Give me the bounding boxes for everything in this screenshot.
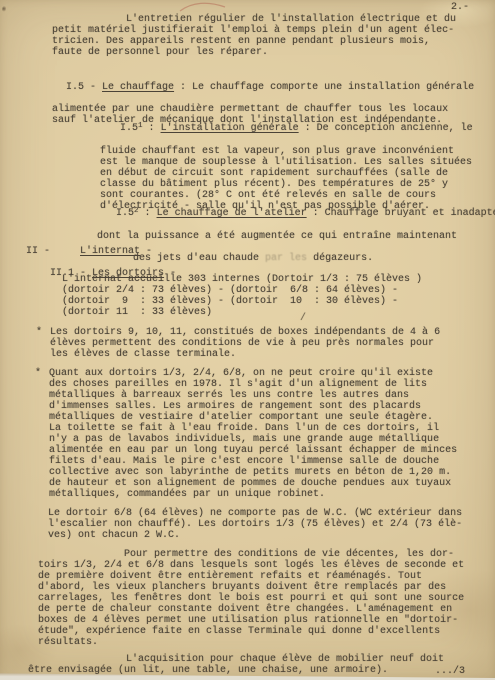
text-line: (dortoir 2/4 : 73 élèves) - (dortoir 6/8…: [62, 285, 422, 296]
text-line: d'abord, les vieux planchers bruyants do…: [38, 582, 464, 593]
wc-paragraph: Le dortoir 6/8 (64 élèves) ne comporte p…: [48, 508, 462, 541]
stray-mark-artifact: /: [300, 313, 306, 324]
bullet-paragraph-dortoirs-1-3: * Quant aux dortoirs 1/3, 2/4, 6/8, on n…: [49, 368, 457, 500]
section-text: : Le chauffage comporte une installation…: [174, 82, 474, 93]
text-line: est le manque de souplesse à l'utilisati…: [100, 157, 473, 168]
text-line: n'y a pas de lavabos individuels, mais u…: [49, 434, 457, 445]
text-line: La toilette se fait à l'eau froide. Dans…: [49, 423, 457, 434]
text-line: Les dortoirs 9, 10, 11, constitués de bo…: [50, 327, 440, 338]
text-line: Quant aux dortoirs 1/3, 2/4, 6/8, on ne …: [49, 368, 457, 379]
text-line: fluide chauffant est la vapeur, son plus…: [100, 146, 473, 157]
text-line: des choses pareilles en 1978. Il s'agit …: [49, 379, 457, 390]
text-line: d'immenses salles. Les armoires de range…: [49, 401, 457, 412]
text-line: Pour permettre des conditions de vie déc…: [38, 549, 464, 560]
text-line: toirs 1/3, 2/4 et 6/8 dans lesquels sont…: [38, 560, 464, 571]
subsection-body: dont la puissance a été augmentée ce qui…: [97, 231, 495, 242]
text-line: l'escalier non chauffé). Les dortoirs 1/…: [48, 519, 462, 530]
ink-spot-artifact: [2, 6, 6, 12]
text-line: L'acquisition pour chaque élève de mobil…: [28, 654, 444, 665]
text-line: en début de circuit sont rapidement surc…: [100, 168, 473, 179]
subsection-label: I.5: [120, 123, 138, 134]
bullet-body: Les dortoirs 9, 10, 11, constitués de bo…: [50, 327, 440, 360]
text-segment: dégazeurs.: [313, 253, 373, 264]
subsection-label: I.5: [116, 208, 134, 219]
text-line: de hauteur et son alignement de pommes d…: [49, 478, 457, 489]
red-pen-mark-artifact: [178, 0, 230, 13]
subsection-separator: :: [139, 208, 157, 219]
text-line: faute de personnel pour les réparer.: [52, 47, 456, 58]
text-line: petit matériel justifierait l'emploi à t…: [52, 25, 456, 36]
asterisk-marker: *: [36, 327, 42, 338]
text-line: Le dortoir 6/8 (64 élèves) ne comporte p…: [48, 508, 462, 519]
text-line: dont la puissance a été augmentée ce qui…: [97, 231, 495, 242]
asterisk-marker: *: [35, 368, 41, 379]
subsection-superscript: 2: [134, 207, 139, 215]
section-title: L'internat: [80, 246, 140, 257]
text-line: collective avec son labyrinthe de petits…: [49, 467, 457, 478]
text-line: boxes de 4 élèves permet une utilisation…: [38, 615, 464, 626]
document-page: 2.- L'entretien régulier de l'installati…: [0, 0, 495, 680]
text-line: (dortoir 9 : 33 élèves) - (dortoir 10 : …: [62, 296, 422, 307]
bullet-body: Quant aux dortoirs 1/3, 2/4, 6/8, on ne …: [49, 368, 457, 500]
subsection-text: : Chauffage bruyant et inadapté: [307, 208, 495, 219]
text-line: (dortoir 11 : 33 élèves): [62, 307, 422, 318]
subsection-separator: :: [143, 123, 161, 134]
text-line: L'entretien régulier de l'installation é…: [52, 14, 456, 25]
text-line: métalliques de vestiaire d'atelier compo…: [49, 412, 457, 423]
text-line: filets d'eau. Mais le pire c'est encore …: [49, 456, 457, 467]
bullet-paragraph-dortoirs-9-10-11: * Les dortoirs 9, 10, 11, constitués de …: [50, 327, 440, 360]
text-line: être envisagée (un lit, une table, une c…: [28, 665, 444, 676]
subsection-superscript: 1: [138, 122, 143, 130]
text-line: de perte de chaleur constante doivent êt…: [38, 604, 464, 615]
subsection-text: : De conception ancienne, le: [299, 123, 473, 134]
section-chauffage-first-line: I.5 - Le chauffage : Le chauffage compor…: [30, 71, 474, 104]
text-line: étude", expérience faite en classe Termi…: [38, 626, 464, 637]
dormitory-statistics: L'internat accueille 303 internes (Dorto…: [62, 274, 422, 318]
text-line: résultats.: [38, 637, 464, 648]
text-line: L'internat accueille 303 internes (Dorto…: [62, 274, 422, 285]
section-label: I.5 -: [66, 82, 102, 93]
text-line: ves) ont chacun 2 W.C.: [48, 530, 462, 541]
text-line: tricien. Des appareils restent en panne …: [52, 36, 456, 47]
text-line: classe du bâtiment plus récent). Des tem…: [100, 179, 473, 190]
smudged-text-segment: par les: [265, 253, 313, 264]
section-label: II -: [26, 246, 80, 257]
subsection-first-line: I.52 : Le chauffage de l'atelier : Chauf…: [80, 197, 495, 231]
subsection-first-line: I.51 : L'installation générale : De conc…: [84, 112, 473, 146]
acquisition-paragraph: L'acquisition pour chaque élève de mobil…: [28, 654, 444, 676]
text-line: de première doivent être entièrement ref…: [38, 571, 464, 582]
section-dash: -: [140, 246, 152, 257]
text-line: élèves permettent des conditions de vie …: [50, 338, 440, 349]
text-line: métalliques à barreaux serrés les uns co…: [49, 390, 457, 401]
section-title: Le chauffage: [102, 82, 174, 93]
subsection-title: Le chauffage de l'atelier: [157, 208, 307, 219]
text-line: les élèves de classe terminale.: [50, 349, 440, 360]
text-line: alimentée en eau par un long tuyau percé…: [49, 445, 457, 456]
intro-paragraph: L'entretien régulier de l'installation é…: [52, 14, 456, 58]
page-number: 2.-: [451, 2, 469, 13]
text-line: métalliques, commandées par un unique ro…: [49, 489, 457, 500]
text-line: carrelages, les fenêtres dont le bois es…: [38, 593, 464, 604]
subsection-title: L'installation générale: [161, 123, 299, 134]
continuation-mark: .../3: [435, 666, 465, 677]
renovation-paragraph: Pour permettre des conditions de vie déc…: [38, 549, 464, 648]
